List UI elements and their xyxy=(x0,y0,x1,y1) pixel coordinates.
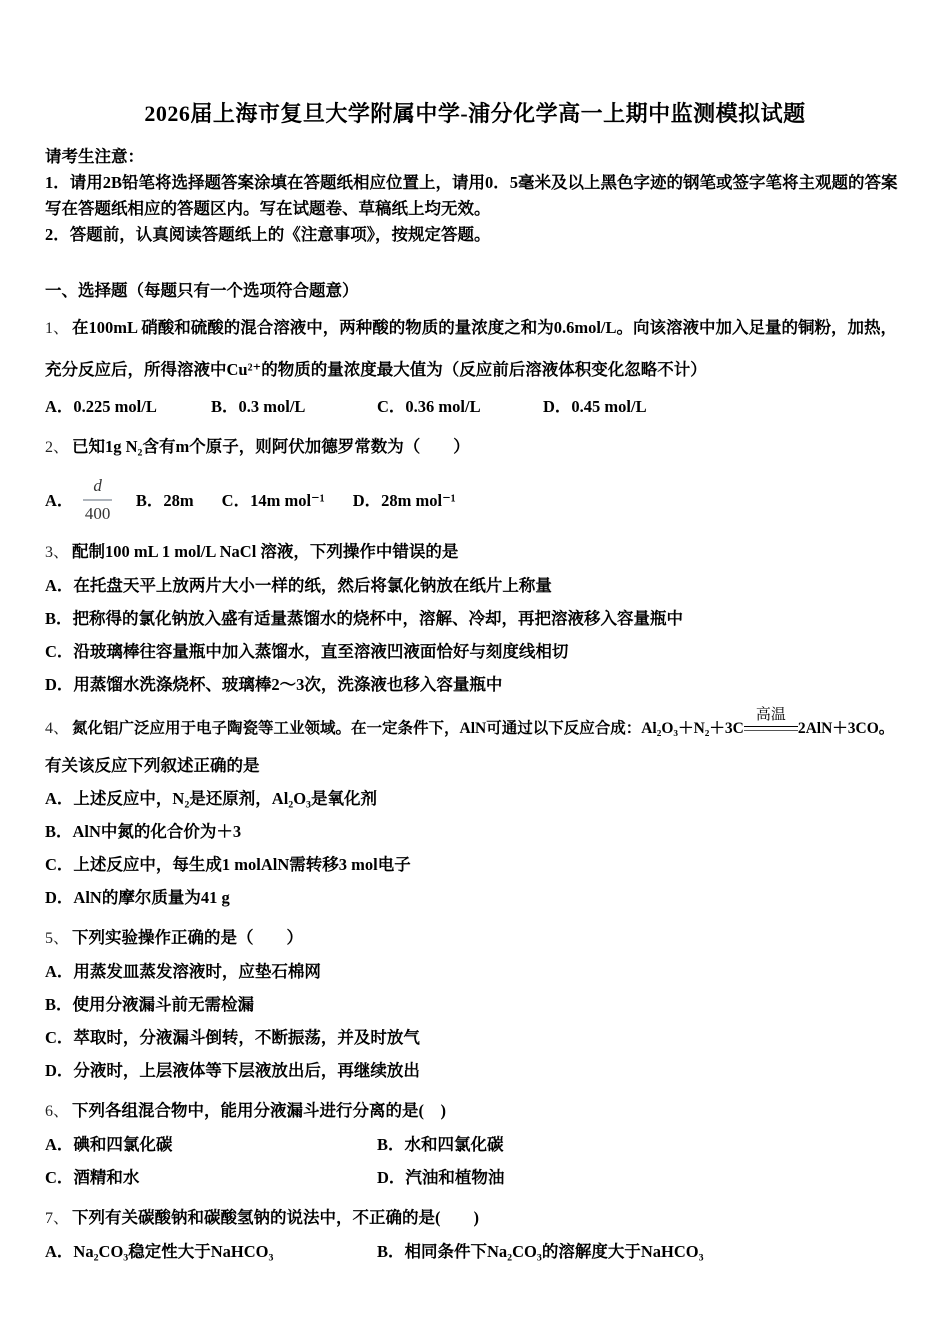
option-b: B．使用分液漏斗前无需检漏 xyxy=(45,988,905,1021)
question-6-text: 下列各组混合物中，能用分液漏斗进行分离的是( ) xyxy=(72,1101,446,1120)
option-d: D．用蒸馏水洗涤烧杯、玻璃棒2～3次，洗涤液也移入容量瓶中 xyxy=(45,668,905,701)
option-a: A．上述反应中，N₂是还原剂，Al₂O₃是氧化剂 xyxy=(45,782,905,815)
question-7-text: 下列有关碳酸钠和碳酸氢钠的说法中，不正确的是( ) xyxy=(72,1208,479,1227)
exam-paper: 2026届上海市复旦大学附属中学-浦分化学高一上期中监测模拟试题 请考生注意： … xyxy=(0,0,950,1268)
question-5-text-line: 5、下列实验操作正确的是（ ） xyxy=(45,921,905,955)
option-d: D．汽油和植物油 xyxy=(377,1161,504,1194)
question-5-number: 5、 xyxy=(45,930,69,947)
question-2: 2、已知1g N₂含有m个原子，则阿伏加德罗常数为（ ） A． d 400 B．… xyxy=(45,430,905,528)
fraction-numerator: d xyxy=(83,476,112,501)
question-6-options-row-1: A．碘和四氯化碳B．水和四氯化碳 xyxy=(45,1128,905,1161)
question-7: 7、下列有关碳酸钠和碳酸氢钠的说法中，不正确的是( ) A．Na₂CO₃稳定性大… xyxy=(45,1201,905,1268)
option-c: C．上述反应中，每生成1 molAlN需转移3 mol电子 xyxy=(45,848,905,881)
option-a: A．Na₂CO₃稳定性大于NaHCO₃ xyxy=(45,1235,377,1268)
option-c: C．0.36 mol/L xyxy=(377,390,543,423)
question-1: 1、在100mL 硝酸和硫酸的混合溶液中，两种酸的物质的量浓度之和为0.6mol… xyxy=(45,307,905,423)
question-2-text-line: 2、已知1g N₂含有m个原子，则阿伏加德罗常数为（ ） xyxy=(45,430,905,464)
option-d: D．0.45 mol/L xyxy=(543,390,647,423)
question-7-number: 7、 xyxy=(45,1210,69,1227)
section-heading: 一、选择题（每题只有一个选项符合题意） xyxy=(45,274,905,307)
option-a: A．碘和四氯化碳 xyxy=(45,1128,377,1161)
option-d: D．28m mol⁻¹ xyxy=(353,484,456,517)
question-1-text-line-1: 1、在100mL 硝酸和硫酸的混合溶液中，两种酸的物质的量浓度之和为0.6mol… xyxy=(45,307,905,349)
question-7-options-row: A．Na₂CO₃稳定性大于NaHCO₃B．相同条件下Na₂CO₃的溶解度大于Na… xyxy=(45,1235,905,1268)
question-6-number: 6、 xyxy=(45,1103,69,1120)
option-a-label: A． xyxy=(45,484,73,517)
fraction: d 400 xyxy=(83,476,112,523)
notice-item-2: 2．答题前，认真阅读答题纸上的《注意事项》，按规定答题。 xyxy=(45,222,905,248)
question-3-number: 3、 xyxy=(45,544,69,561)
question-3: 3、配制100 mL 1 mol/L NaCl 溶液，下列操作中错误的是 A．在… xyxy=(45,535,905,701)
question-1-text: 在100mL 硝酸和硫酸的混合溶液中，两种酸的物质的量浓度之和为0.6mol/L… xyxy=(72,318,897,337)
option-b: B．水和四氯化碳 xyxy=(377,1128,504,1161)
question-3-text-line: 3、配制100 mL 1 mol/L NaCl 溶液，下列操作中错误的是 xyxy=(45,535,905,569)
option-c: C．沿玻璃棒往容量瓶中加入蒸馏水，直至溶液凹液面恰好与刻度线相切 xyxy=(45,635,905,668)
question-6-text-line: 6、下列各组混合物中，能用分液漏斗进行分离的是( ) xyxy=(45,1094,905,1128)
option-a: A．0.225 mol/L xyxy=(45,390,211,423)
question-5-text: 下列实验操作正确的是（ ） xyxy=(72,928,303,947)
question-1-options: A．0.225 mol/LB．0.3 mol/LC．0.36 mol/LD．0.… xyxy=(45,390,905,423)
option-b: B．AlN中氮的化合价为＋3 xyxy=(45,815,905,848)
question-4-number: 4、 xyxy=(45,720,69,737)
notice-header: 请考生注意： xyxy=(45,144,905,170)
question-4-text: 氮化铝广泛应用于电子陶瓷等工业领域。在一定条件下，AlN可通过以下反应合成： xyxy=(72,720,641,737)
reaction-formula-right: 2AlN＋3CO。 xyxy=(798,720,894,737)
option-a: A．在托盘天平上放两片大小一样的纸，然后将氯化钠放在纸片上称量 xyxy=(45,569,905,602)
question-4: 4、氮化铝广泛应用于电子陶瓷等工业领域。在一定条件下，AlN可通过以下反应合成：… xyxy=(45,708,905,914)
question-1-number: 1、 xyxy=(45,320,69,337)
question-4-text-line: 4、氮化铝广泛应用于电子陶瓷等工业领域。在一定条件下，AlN可通过以下反应合成：… xyxy=(45,708,905,749)
question-7-text-line: 7、下列有关碳酸钠和碳酸氢钠的说法中，不正确的是( ) xyxy=(45,1201,905,1235)
question-6: 6、下列各组混合物中，能用分液漏斗进行分离的是( ) A．碘和四氯化碳B．水和四… xyxy=(45,1094,905,1194)
option-c: C．14m mol⁻¹ xyxy=(222,484,325,517)
reaction-formula-left: Al₂O₃＋N₂＋3C xyxy=(641,720,744,737)
option-d: D．分液时，上层液体等下层液放出后，再继续放出 xyxy=(45,1054,905,1087)
reaction-condition-label: 高温 xyxy=(744,708,798,723)
question-2-options: A． d 400 B．28m C．14m mol⁻¹ D．28m mol⁻¹ xyxy=(45,472,905,528)
reaction-equals-line xyxy=(744,726,798,731)
option-c: C．酒精和水 xyxy=(45,1161,377,1194)
option-a: A．用蒸发皿蒸发溶液时，应垫石棉网 xyxy=(45,955,905,988)
option-b: B．把称得的氯化钠放入盛有适量蒸馏水的烧杯中，溶解、冷却，再把溶液移入容量瓶中 xyxy=(45,602,905,635)
reaction-condition: 高温 xyxy=(744,718,798,736)
option-b: B．0.3 mol/L xyxy=(211,390,377,423)
fraction-denominator: 400 xyxy=(83,501,112,524)
option-b: B．相同条件下Na₂CO₃的溶解度大于NaHCO₃ xyxy=(377,1235,704,1268)
question-2-text: 已知1g N₂含有m个原子，则阿伏加德罗常数为（ ） xyxy=(72,437,470,456)
question-4-text-2: 有关该反应下列叙述正确的是 xyxy=(45,749,905,782)
option-c: C．萃取时，分液漏斗倒转，不断振荡，并及时放气 xyxy=(45,1021,905,1054)
question-1-text-line-2: 充分反应后，所得溶液中Cu²⁺的物质的量浓度最大值为（反应前后溶液体积变化忽略不… xyxy=(45,349,905,390)
question-6-options-row-2: C．酒精和水D．汽油和植物油 xyxy=(45,1161,905,1194)
notice-item-1: 1．请用2B铅笔将选择题答案涂填在答题纸相应位置上，请用0．5毫米及以上黑色字迹… xyxy=(45,170,905,222)
option-d: D．AlN的摩尔质量为41 g xyxy=(45,881,905,914)
option-b: B．28m xyxy=(136,484,194,517)
question-2-number: 2、 xyxy=(45,439,69,456)
question-5: 5、下列实验操作正确的是（ ） A．用蒸发皿蒸发溶液时，应垫石棉网 B．使用分液… xyxy=(45,921,905,1087)
question-3-text: 配制100 mL 1 mol/L NaCl 溶液，下列操作中错误的是 xyxy=(72,542,458,561)
page-title: 2026届上海市复旦大学附属中学-浦分化学高一上期中监测模拟试题 xyxy=(45,100,905,128)
